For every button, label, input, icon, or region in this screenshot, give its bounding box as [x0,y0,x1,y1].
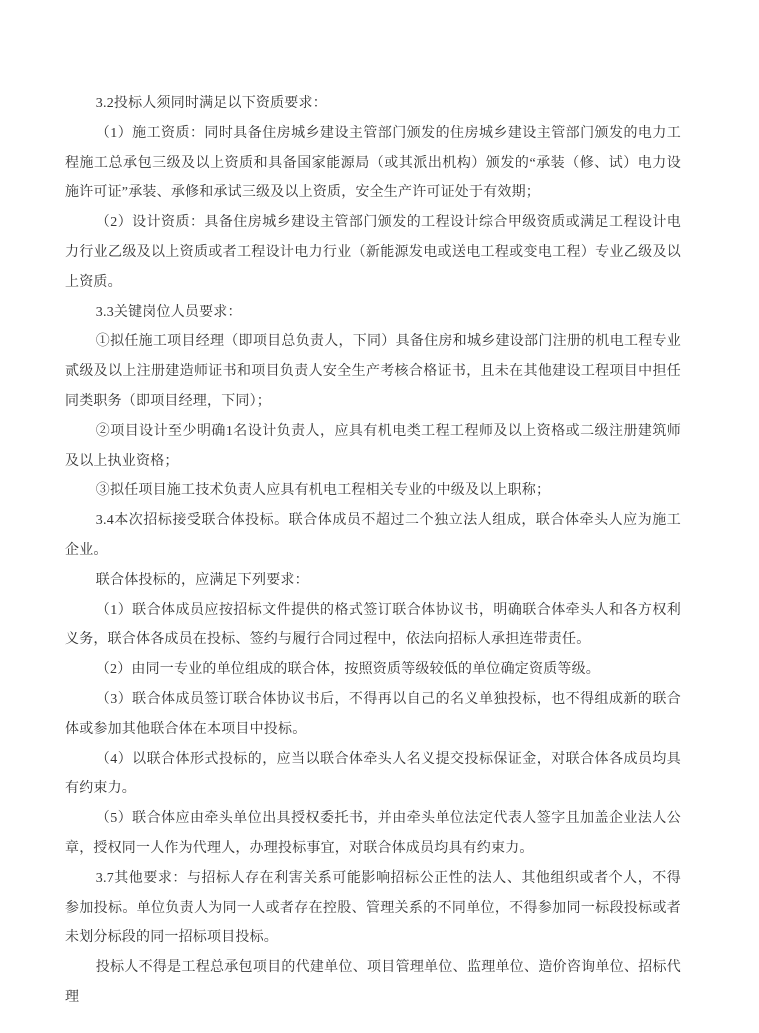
paragraph: 联合体投标的，应满足下列要求： [65,566,681,596]
paragraph: （2）设计资质：具备住房城乡建设主管部门颁发的工程设计综合甲级资质或满足工程设计… [65,208,681,297]
paragraph: （1）联合体成员应按招标文件提供的格式签订联合体协议书，明确联合体牵头人和各方权… [65,596,681,656]
paragraph: ②项目设计至少明确1名设计负责人，应具有机电类工程工程师及以上资格或二级注册建筑… [65,417,681,477]
paragraph: （1）施工资质：同时具备住房城乡建设主管部门颁发的住房城乡建设主管部门颁发的电力… [65,119,681,208]
paragraph: 3.4本次招标接受联合体投标。联合体成员不超过二个独立法人组成，联合体牵头人应为… [65,506,681,566]
paragraph: （3）联合体成员签订联合体协议书后，不得再以自己的名义单独投标，也不得组成新的联… [65,685,681,745]
paragraph: （2）由同一专业的单位组成的联合体，按照资质等级较低的单位确定资质等级。 [65,655,681,685]
document-page: 3.2投标人须同时满足以下资质要求：（1）施工资质：同时具备住房城乡建设主管部门… [0,0,759,1033]
paragraph: 3.3关键岗位人员要求： [65,298,681,328]
paragraph: （5）联合体应由牵头单位出具授权委托书，并由牵头单位法定代表人签字且加盖企业法人… [65,804,681,864]
paragraph: ①拟任施工项目经理（即项目总负责人，下同）具备住房和城乡建设部门注册的机电工程专… [65,327,681,416]
paragraph: 3.7其他要求：与招标人存在利害关系可能影响招标公正性的法人、其他组织或者个人，… [65,864,681,953]
paragraph: ③拟任项目施工技术负责人应具有机电工程相关专业的中级及以上职称； [65,476,681,506]
paragraph: （4）以联合体形式投标的，应当以联合体牵头人名义提交投标保证金，对联合体各成员均… [65,745,681,805]
paragraph: 投标人不得是工程总承包项目的代建单位、项目管理单位、监理单位、造价咨询单位、招标… [65,953,681,1013]
document-body: 3.2投标人须同时满足以下资质要求：（1）施工资质：同时具备住房城乡建设主管部门… [65,89,681,1013]
paragraph: 3.2投标人须同时满足以下资质要求： [65,89,681,119]
